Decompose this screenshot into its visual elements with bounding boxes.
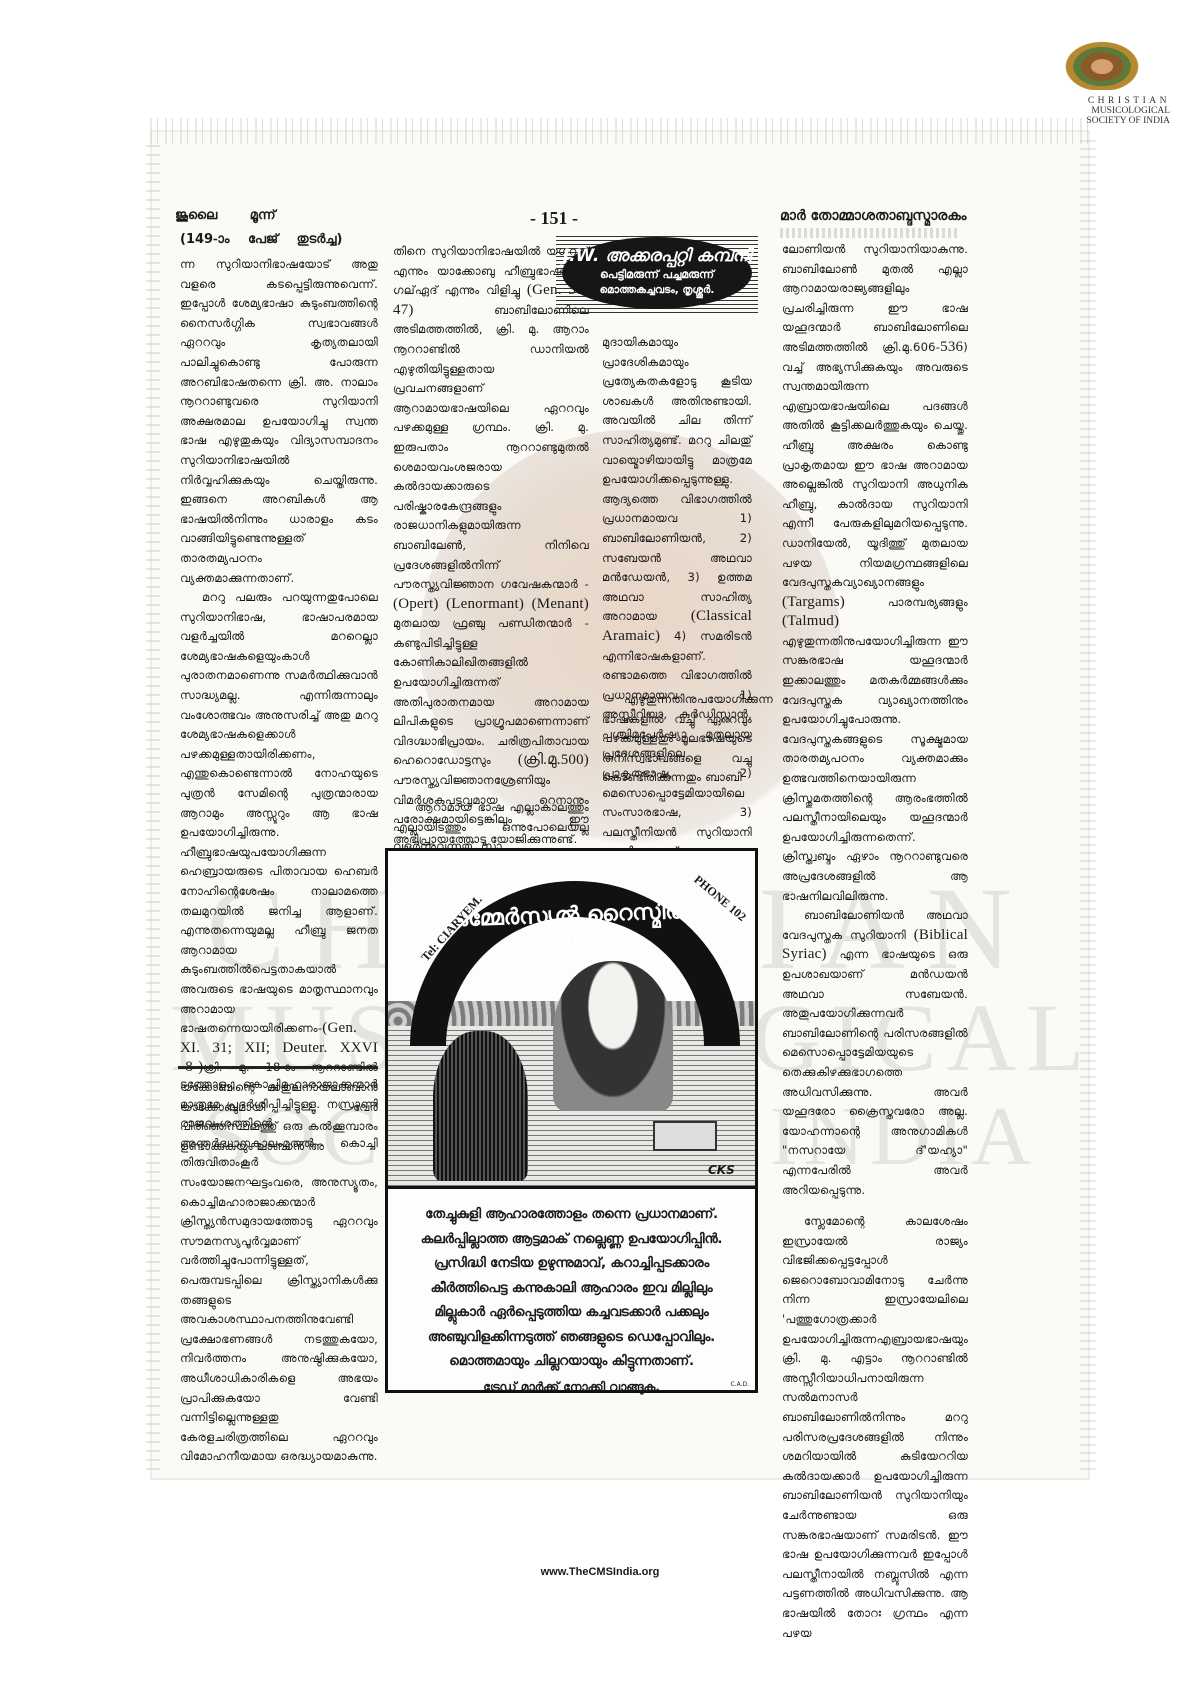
advert-line-7: മൊത്തമായും ചില്ലറയായും കിട്ടുന്നതാണ്. (394, 1350, 749, 1375)
advert-line-5: മില്ലുകാർ ഏർപ്പെടുത്തിയ കച്ചവടക്കാർ പക്ക… (394, 1301, 749, 1326)
scan-noise-right (1080, 140, 1096, 1470)
artist-signature: CKS (708, 1163, 735, 1177)
column-4-text-f: എന്ന ഭാഷയുടെ ഒരു ഉപശാഖയാണ് മൻഡയൻ അഥവാ സബ… (782, 947, 968, 1196)
targums-term: (Targams) (782, 594, 845, 610)
header-publication-title: മാർ തോമ്മാശതാബ്ദസ്മാരകം (780, 208, 967, 224)
advert-line-2: കലർപ്പില്ലാത്ത ആട്ടമാക് നല്ലെണ്ണ ഉപയോഗിപ… (394, 1228, 749, 1253)
date-reference: 536 (940, 339, 963, 355)
logo-line-3: SOCIETY OF INDIA (1050, 116, 1170, 126)
angel-harp-emblem-icon (1060, 38, 1144, 90)
scan-noise-left (146, 140, 160, 1470)
advert-copy: തേച്ചുകുളി ആഹാരത്തോളം തന്നെ പ്രധാനമാണ്. … (394, 1203, 749, 1399)
section-divider (178, 1066, 378, 1069)
column-1-paragraph-2: മററു പലരും പറയുന്നതുപോലെ സുറിയാനിഭാഷ, ഭാ… (180, 590, 378, 1035)
column-1-lower: ടത്തോളം, കൊച്ചിമഹാരാജാക്കന്മാർ മാത്രമേ പ… (180, 1075, 378, 1467)
footer-website-link[interactable]: www.TheCMSIndia.org (0, 1566, 1200, 1578)
scan-noise-top (150, 118, 1090, 144)
column-2: തിനെ സുറിയാനിഭാഷയിൽ യഗറത് എന്നും യാക്കോബ… (393, 242, 589, 849)
logo-line-2: MUSICOLOGICAL (1050, 106, 1170, 116)
column-4-paragraph-3: സ്ലേമോന്റെ കാലശേഷം ഇസ്രായേൽ രാജ്യം വിഭജി… (782, 1212, 968, 1643)
faint-bleedthrough-text (780, 228, 960, 238)
column-3-lower: എഴുതുന്നതിനുപയോഗിക്കുന്ന ഭാഷകളിൽ വച്ചു് … (602, 690, 752, 788)
advert-line-4: കീർത്തിപെട്ട കന്നുകാലി ആഹാരം ഇവ മില്ലിലു… (394, 1277, 749, 1302)
column-4-text-d: എഴുതുന്നതിനുപയോഗിച്ചിരുന്ന ഈ സങ്കരഭാഷ യഹ… (782, 634, 968, 903)
column-4-text-c: പാരമ്പര്യങ്ങളും (888, 595, 968, 609)
advert-location: മൊത്തകച്ചവടം, തൃശ്ശൂർ. (562, 283, 752, 298)
column-1-paragraph-1: ന്ന സുറിയാനിഭാഷയോട് അതു വളരെ കടപ്പെട്ടിര… (180, 255, 378, 588)
column-3-paragraph-2: എഴുതുന്നതിനുപയോഗിക്കുന്ന ഭാഷകളിൽ വച്ചു് … (602, 690, 752, 788)
advert-akkarapatti-company: J.W. അക്കരപ്പറ്റി കമ്പനി പെട്ടിമരുന്ന് പ… (556, 233, 758, 313)
advert-commercial-rice-mill: കമ്മേർസ്യൽ റൈസ്മിൽ, തൃശ്ശൂർ Tel: CIARYEM… (385, 848, 758, 1393)
page-number: - 151 - (530, 208, 578, 229)
advert-line-6: അഞ്ചുവിളക്കിന്നടുത്ത് ഞങ്ങളുടെ ഡെപ്പോവില… (394, 1326, 749, 1351)
advert-line-3: പ്രസിദ്ധി നേടിയ ഉഴുന്നുമാവ്, കറാച്ചിപ്പട… (394, 1252, 749, 1277)
column-4-text-b: ) വച്ച് അഭ്യസിക്കുകയും അവരുടെ സ്വന്തമായി… (782, 340, 968, 589)
continuation-subhead: (149-ാം പേജ് തുടർച്ച) (180, 232, 342, 247)
column-2-text-c: മുതലായ ഫ്രഞ്ചു പണ്ഡിതന്മാർ - കണ്ടുപിടിച്… (393, 616, 589, 767)
advert-line-8: ട്രേഡ് മാർക്ക് നോക്കി വാങ്ങുക. (394, 1375, 749, 1400)
advert-illustration: കമ്മേർസ്യൽ റൈസ്മിൽ, തൃശ്ശൂർ Tel: CIARYEM… (388, 851, 755, 1189)
advert-line-1: തേച്ചുകുളി ആഹാരത്തോളം തന്നെ പ്രധാനമാണ്. (394, 1203, 749, 1228)
advert-company-name: J.W. അക്കരപ്പറ്റി കമ്പനി (562, 245, 752, 267)
column-1-section-2: ടത്തോളം, കൊച്ചിമഹാരാജാക്കന്മാർ മാത്രമേ പ… (180, 1075, 378, 1467)
bathing-woman-back-illustration (433, 1031, 528, 1181)
bathing-woman-front-illustration (553, 961, 673, 1111)
advert-products: പെട്ടിമരുന്ന് പച്ചമരുന്ന് (562, 267, 752, 283)
talmud-term: (Talmud) (782, 613, 839, 629)
soap-box-illustration (653, 1121, 717, 1151)
column-2-text-b: ബാബിലോണിലെ അടിമത്തത്തിൽ, ക്രി. മു. ആറാം … (393, 303, 589, 591)
scholar-names: (Opert) (Lenormant) (Menant) (393, 596, 589, 612)
header-date: ജൂലൈ മൂന്ന് (175, 208, 276, 223)
printer-mark: C.A.D. (730, 1381, 749, 1388)
date-reference: (ക്രി.മു.500) (518, 752, 589, 768)
advert-oval: J.W. അക്കരപ്പറ്റി കമ്പനി പെട്ടിമരുന്ന് പ… (562, 237, 752, 309)
column-4: ലോണിയൻ സുറിയാനിയാകുന്നു. ബാബിലോൺ മുതൽ എല… (782, 240, 968, 1643)
column-1-upper: ന്ന സുറിയാനിഭാഷയോട് അതു വളരെ കടപ്പെട്ടിര… (180, 255, 378, 1156)
column-4-text-a: ലോണിയൻ സുറിയാനിയാകുന്നു. ബാബിലോൺ മുതൽ എല… (782, 242, 968, 354)
column-3-text-a: മുദായികമായും പ്രാദേശികമായും പ്രത്യേകതകളോ… (602, 335, 752, 623)
logo-line-1: CHRISTIAN (1050, 96, 1170, 106)
logo-text: CHRISTIAN MUSICOLOGICAL SOCIETY OF INDIA (1050, 96, 1170, 126)
